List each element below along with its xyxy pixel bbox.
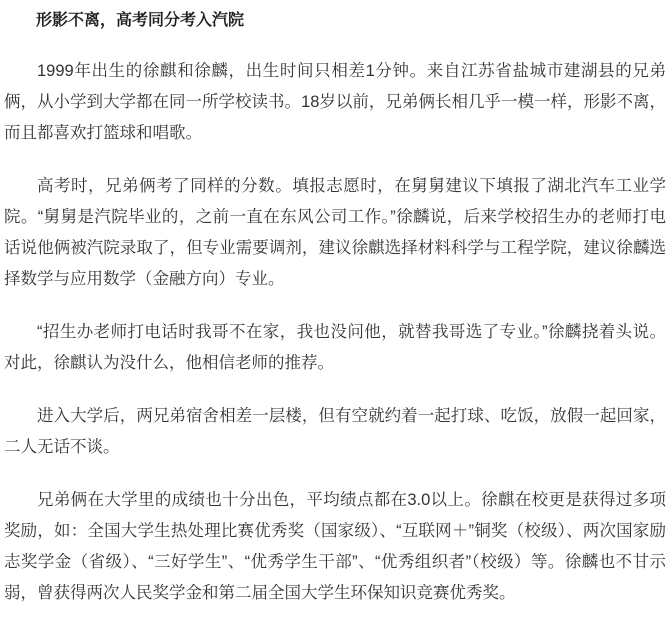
article: 形影不离，高考同分考入汽院 1999年出生的徐麒和徐麟，出生时间只相差1分钟。来… [0, 0, 671, 609]
article-title: 形影不离，高考同分考入汽院 [4, 8, 666, 34]
paragraph-campus-life: 进入大学后，两兄弟宿舍相差一层楼，但有空就约着一起打球、吃饭，放假一起回家，二人… [4, 401, 666, 463]
paragraph-awards: 兄弟俩在大学里的成绩也十分出色，平均绩点都在3.0以上。徐麒在校更是获得过多项奖… [4, 485, 666, 609]
paragraph-gaokao: 高考时，兄弟俩考了同样的分数。填报志愿时，在舅舅建议下填报了湖北汽车工业学院。“… [4, 171, 666, 295]
paragraph-major-choice: “招生办老师打电话时我哥不在家，我也没问他，就替我哥选了专业。”徐麟挠着头说。对… [4, 317, 666, 379]
paragraph-intro: 1999年出生的徐麒和徐麟，出生时间只相差1分钟。来自江苏省盐城市建湖县的兄弟俩… [4, 56, 666, 149]
